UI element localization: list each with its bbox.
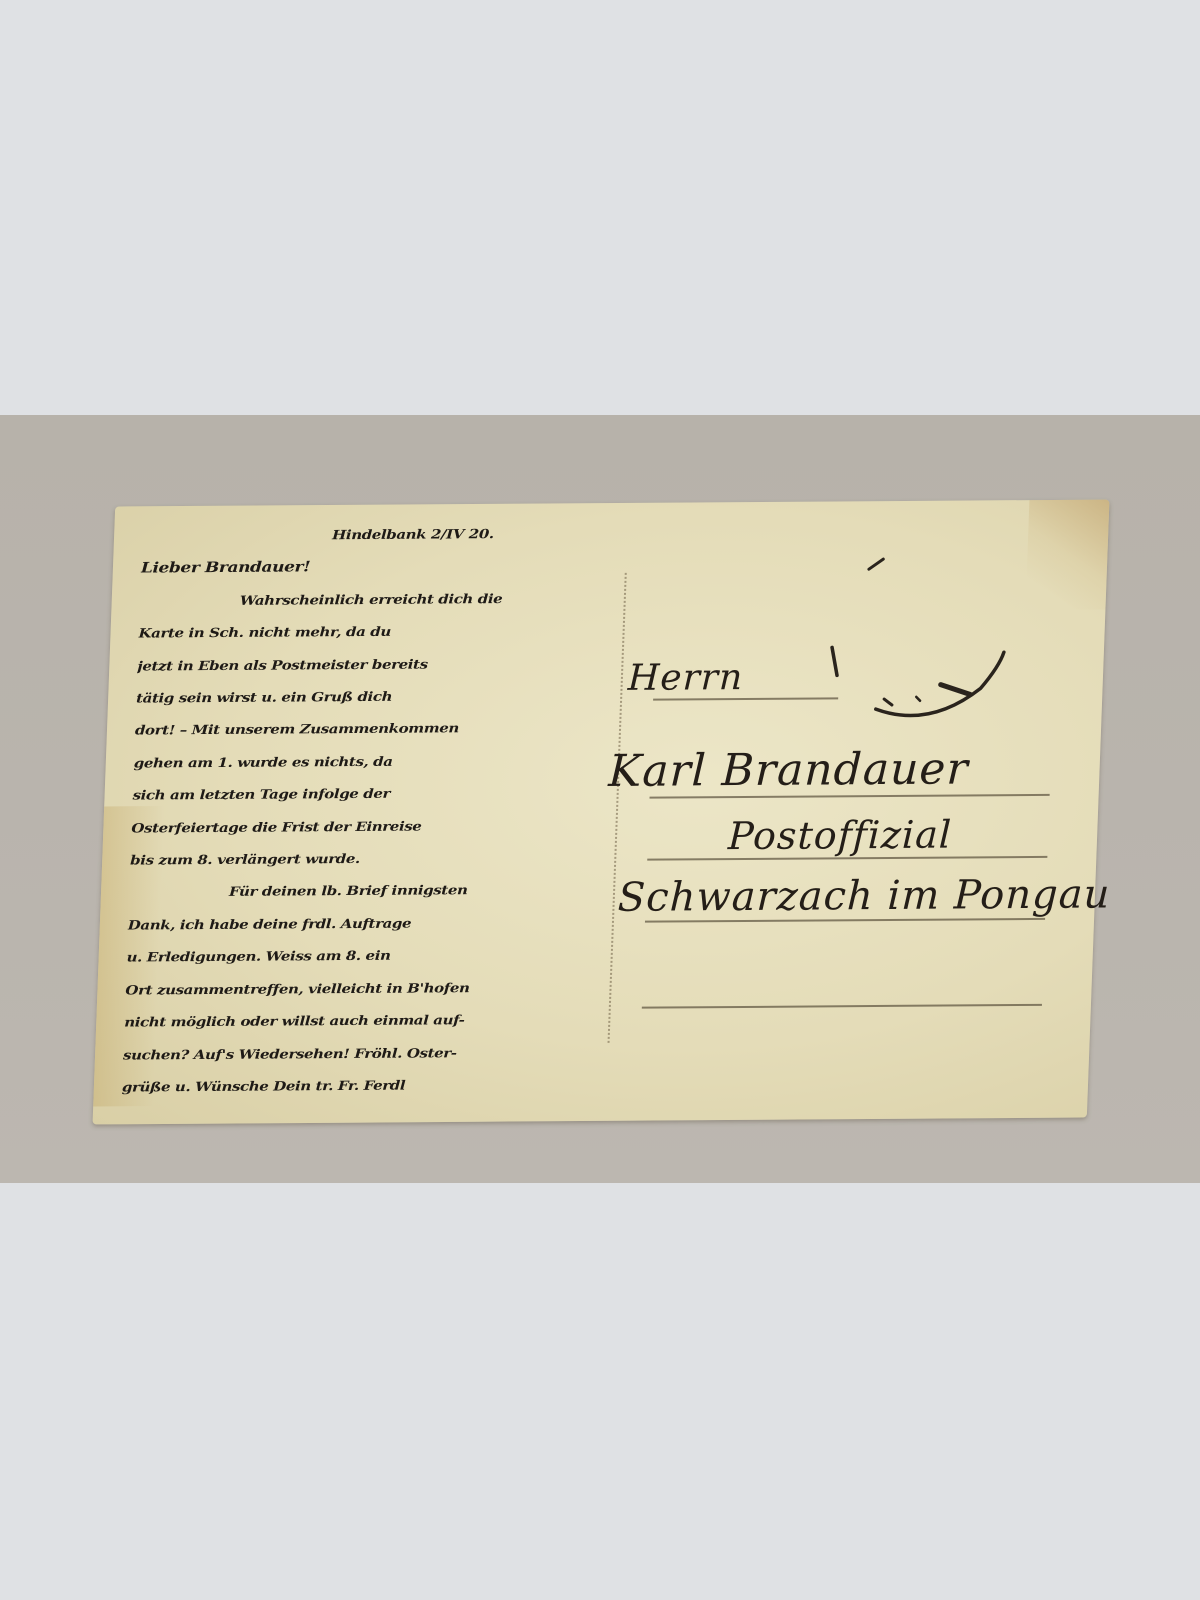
handwritten-message: Hindelbank 2/IV 20. Lieber Brandauer! Wa… [121,517,643,1104]
address-rule [653,697,838,700]
recipient-place: Schwarzach im Pongau [617,871,1111,920]
greeting: Lieber Brandauer! [140,552,641,583]
postcard: Hindelbank 2/IV 20. Lieber Brandauer! Wa… [93,500,1110,1125]
message-line: Dank, ich habe deine frdl. Auftrage [127,908,628,939]
address-rule [647,856,1047,861]
address-row-place: Schwarzach im Pongau [604,870,1076,935]
age-stain-corner [1025,500,1109,611]
message-line: u. Erledigungen. Weiss am 8. ein [126,940,627,971]
address-salutation: Herrn [627,657,744,699]
message-line: sich am letzten Tage infolge der [132,778,633,809]
address-row-salutation: Herrn [613,670,1085,713]
message-line: tätig sein wirst u. ein Gruß dich [136,681,637,712]
message-line: bis zum 8. verlängert wurde. [130,843,631,874]
message-line: nicht möglich oder willst auch einmal au… [124,1005,625,1036]
address-rule [642,1004,1042,1009]
recipient-name: Karl Brandauer [608,743,970,797]
message-line: dort! – Mit unserem Zusammenkommen [134,714,635,745]
date-line: Hindelbank 2/IV 20. [142,519,643,550]
message-line: grüße u. Wünsche Dein tr. Fr. Ferdl [121,1070,622,1101]
message-line: jetzt in Eben als Postmeister bereits [137,649,638,680]
message-line: Wahrscheinlich erreicht dich die [139,584,640,615]
recipient-title: Postoffizial [727,813,953,859]
message-line: Für deinen lb. Brief innigsten [129,876,630,907]
address-row-name: Karl Brandauer [609,710,1083,811]
message-line: Osterfeiertage die Frist der Einreise [131,811,632,842]
message-line: suchen? Auf's Wiedersehen! Fröhl. Oster- [123,1038,624,1069]
message-line: Karte in Sch. nicht mehr, da du [138,616,639,647]
address-block: Herrn Karl Brandauer Postoffizial Schwar… [601,670,1084,1021]
address-row-blank [601,932,1074,1021]
message-line: Ort zusammentreffen, vielleicht in B'hof… [125,973,626,1004]
address-row-title: Postoffizial [607,808,1079,873]
photo-background: Hindelbank 2/IV 20. Lieber Brandauer! Wa… [0,415,1200,1183]
message-line: gehen am 1. wurde es nichts, da [133,746,634,777]
